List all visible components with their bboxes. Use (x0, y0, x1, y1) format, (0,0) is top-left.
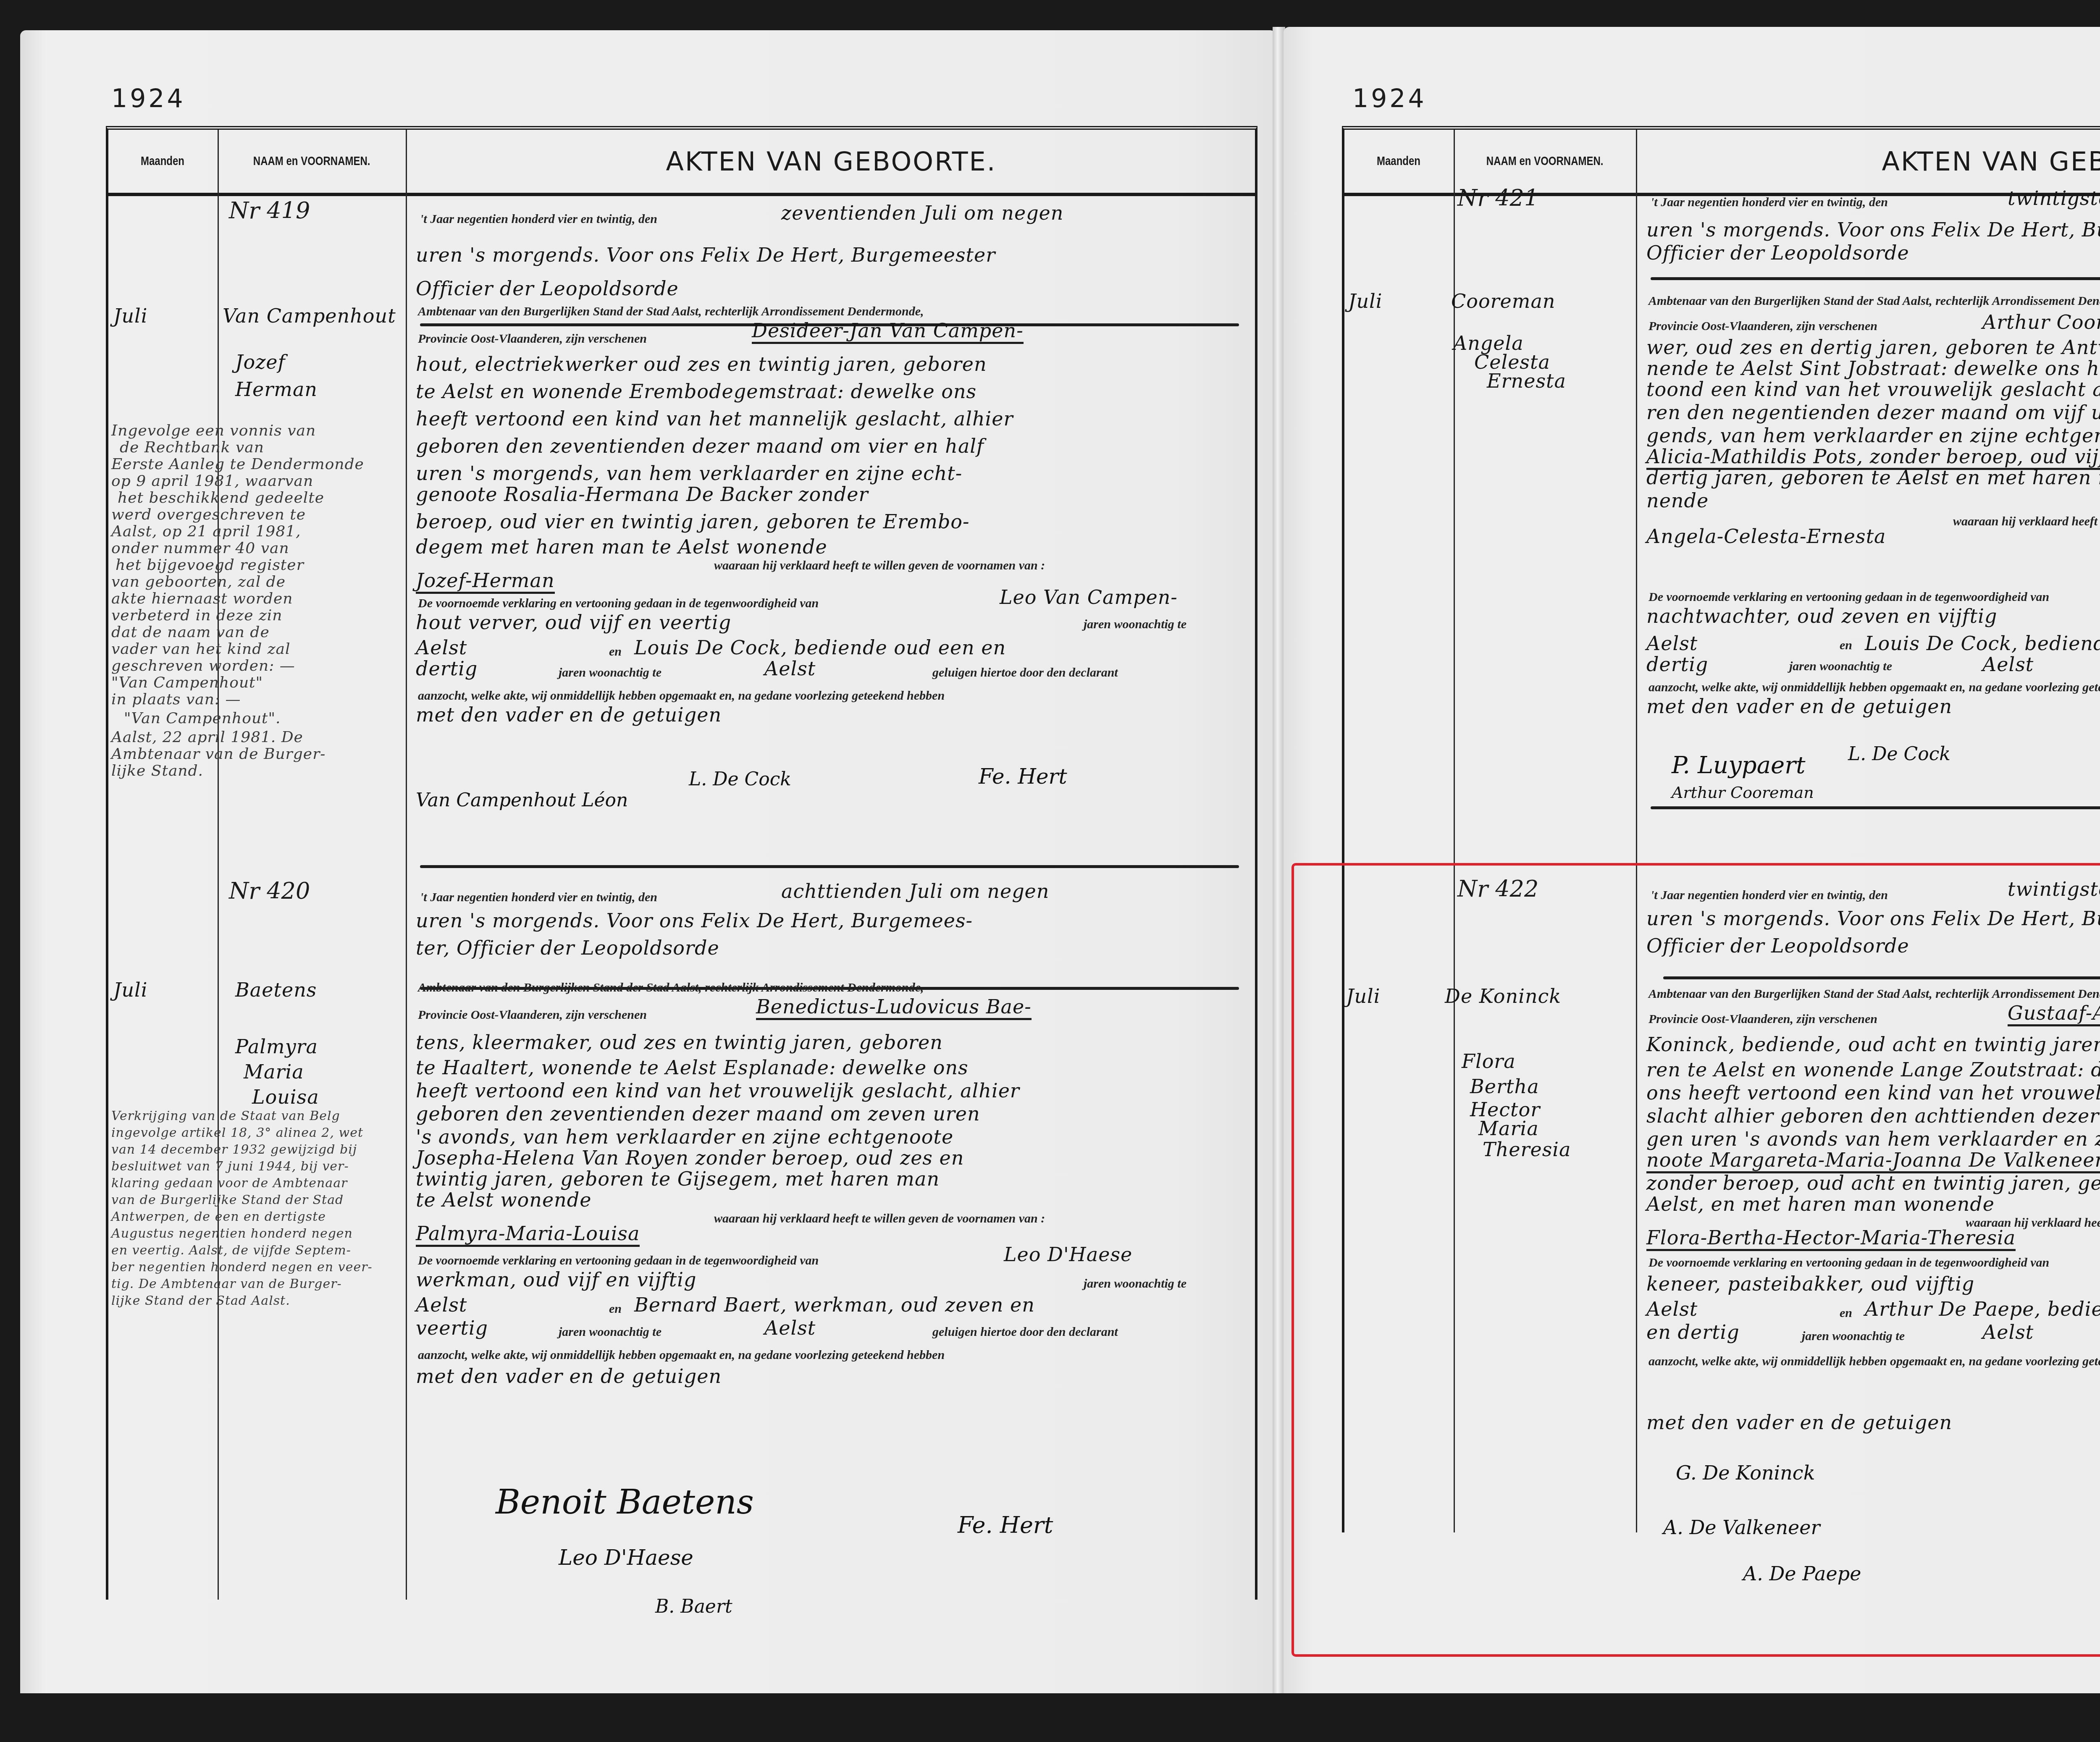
body-line: noote Margareta-Maria-Joanna De Valkenee… (1646, 1149, 2100, 1173)
signature: A. De Valkeneer (1663, 1516, 1820, 1539)
header-names: NAAM en VOORNAMEN. (1454, 130, 1635, 193)
given-name: Jozef (235, 351, 286, 373)
month: Juli (1346, 985, 1381, 1007)
body-line: heeft vertoond een kind van het mannelij… (416, 407, 1013, 430)
body-line: slacht alhier geboren den achttienden de… (1646, 1104, 2100, 1127)
month: Juli (113, 304, 148, 327)
declarant-name: Desideer-Jan Van Campen- (752, 319, 1024, 344)
printed-provincie: Provincie Oost-Vlaanderen, zijn verschen… (418, 332, 647, 346)
column-divider (1636, 130, 1637, 1532)
record-number: Nr 420 (229, 878, 310, 904)
signature: Arthur Cooreman (1672, 783, 1814, 802)
printed-aanzocht: aanzocht, welke akte, wij onmiddellijk h… (418, 689, 945, 703)
signature: L. De Cock (689, 769, 791, 790)
printed-provincie: Provincie Oost-Vlaanderen, zijn verschen… (418, 1008, 647, 1022)
witness-2-age: veertig (416, 1317, 488, 1339)
month: Juli (113, 979, 148, 1001)
body-line: hout, electriekwerker oud zes en twintig… (416, 353, 987, 375)
body-line: degem met haren man te Aelst wonende (416, 535, 827, 558)
child-given-names: Jozef-Herman (416, 569, 555, 594)
surname: Cooreman (1451, 290, 1555, 312)
body-line: te Aelst wonende (416, 1188, 591, 1211)
body-line: uren 's morgends, van hem verklaarder en… (416, 462, 962, 485)
line-3: Officier der Leopoldsorde (1646, 241, 1909, 264)
printed-provincie: Provincie Oost-Vlaanderen, zijn verschen… (1648, 319, 1877, 333)
printed-voornoemde: De voornoemde verklaring en vertooning g… (418, 1254, 819, 1268)
body-line: te Aelst en wonende Erembodegemstraat: d… (416, 380, 976, 403)
record-number: Nr 421 (1457, 185, 1538, 211)
printed-en: en (1840, 1306, 1852, 1320)
body-line: ren te Aelst en wonende Lange Zoutstraat… (1646, 1058, 2100, 1081)
given-name: Flora (1462, 1050, 1516, 1073)
body-line: twintig jaren, geboren te Gijsegem, met … (416, 1167, 940, 1190)
record-number: Nr 419 (229, 197, 310, 224)
record-number: Nr 422 (1457, 876, 1538, 902)
printed-jaren-woonachtig: jaren woonachtig te (1802, 1329, 1905, 1343)
header-months: Maanden (1344, 130, 1453, 193)
section-divider (1651, 277, 2100, 280)
signature: Leo D'Haese (559, 1545, 693, 1570)
surname: Baetens (235, 979, 317, 1001)
closing-line: met den vader en de getuigen (416, 1365, 722, 1388)
printed-en: en (1840, 638, 1852, 653)
printed-waaraan: waaraan hij verklaard heeft te willen ge… (714, 559, 1045, 573)
signature: G. De Koninck (1676, 1461, 1815, 1484)
witness-1-detail: nachtwachter, oud zeven en vijftig (1646, 605, 1997, 627)
witness-1-place: Aelst (1646, 1298, 1698, 1320)
printed-ambtenaar: Ambtenaar van den Burgerlijken Stand der… (1648, 294, 2100, 308)
year-heading-left: 1924 (111, 84, 186, 113)
given-name: Palmyra (235, 1035, 318, 1058)
header-names: NAAM en VOORNAMEN. (218, 130, 405, 193)
given-name: Bertha (1470, 1075, 1539, 1098)
header-title: AKTEN VAN GEBOORTE. (407, 130, 1255, 193)
printed-intro: 't Jaar negentien honderd vier en twinti… (420, 890, 657, 905)
body-line: genoote Rosalia-Hermana De Backer zonder (416, 483, 868, 506)
signature: Fe. Hert (979, 764, 1067, 789)
printed-jaren-woonachtig: jaren woonachtig te (1789, 659, 1892, 674)
body-line: nende te Aelst Sint Jobstraat: dewelke o… (1646, 357, 2100, 380)
witness-2-name: Louis De Cock, bediende, oud een en (1865, 632, 2100, 655)
line-3: Officier der Leopoldsorde (416, 277, 679, 300)
witness-2-place: Aelst (1982, 1321, 2034, 1343)
witness-2-age: dertig (416, 657, 478, 680)
date-line: achttienden Juli om negen (781, 880, 1049, 902)
witness-1-name: Leo D'Haese (1004, 1243, 1132, 1266)
body-line: gends, van hem verklaarder en zijne echt… (1646, 424, 2100, 447)
printed-ambtenaar: Ambtenaar van den Burgerlijken Stand der… (418, 304, 924, 319)
witness-1-detail: hout verver, oud vijf en veertig (416, 611, 731, 634)
given-name: Maria (1478, 1117, 1539, 1140)
declarant-name: Gustaaf-Antoon-Jozef De (2008, 1002, 2100, 1026)
printed-getuigen: geluigen hiertoe door den declarant (932, 666, 1118, 680)
body-line: nende (1646, 489, 1709, 512)
printed-ambtenaar: Ambtenaar van den Burgerlijken Stand der… (418, 981, 924, 995)
section-divider (1663, 976, 2100, 979)
printed-intro: 't Jaar negentien honderd vier en twinti… (1651, 195, 1888, 210)
witness-1-detail: werkman, oud vijf en vijftig (416, 1268, 696, 1291)
witness-2-place: Aelst (1982, 653, 2034, 676)
record-divider (420, 865, 1239, 868)
column-divider (218, 130, 219, 1600)
printed-voornoemde: De voornoemde verklaring en vertooning g… (1648, 590, 2049, 604)
body-line: te Haaltert, wonende te Aelst Esplanade:… (416, 1056, 969, 1079)
given-name: Maria (244, 1060, 304, 1083)
column-divider (406, 130, 407, 1600)
line-2: uren 's morgends. Voor ons Felix De Hert… (1646, 218, 2100, 241)
given-name: Theresia (1483, 1138, 1571, 1161)
surname: De Koninck (1445, 985, 1561, 1007)
printed-voornoemde: De voornoemde verklaring en vertooning g… (1648, 1256, 2049, 1270)
body-line: toond een kind van het vrouwelijk geslac… (1646, 378, 2100, 401)
printed-en: en (609, 1302, 622, 1316)
witness-1-place: Aelst (416, 1293, 467, 1316)
signature: Van Campenhout Léon (416, 790, 628, 811)
witness-2-name: Louis De Cock, bediende oud een en (634, 636, 1006, 659)
closing-line: met den vader en de getuigen (416, 703, 722, 726)
signature: Fe. Hert (958, 1512, 1053, 1538)
body-line: ren den negentienden dezer maand om vijf… (1646, 401, 2100, 424)
witness-1-place: Aelst (1646, 632, 1698, 655)
printed-ambtenaar: Ambtenaar van den Burgerlijken Stand der… (1648, 987, 2100, 1001)
child-given-names: Palmyra-Maria-Louisa (416, 1222, 640, 1247)
witness-1-place: Aelst (416, 636, 467, 659)
header-months: Maanden (108, 130, 217, 193)
body-line: beroep, oud vier en twintig jaren, gebor… (416, 510, 970, 533)
printed-getuigen: geluigen hiertoe door den declarant (932, 1325, 1118, 1339)
witness-2-age: dertig (1646, 653, 1708, 676)
date-line: zeventienden Juli om negen (781, 202, 1063, 224)
printed-provincie: Provincie Oost-Vlaanderen, zijn verschen… (1648, 1012, 1877, 1026)
printed-jaren-woonachtig: jaren woonachtig te (559, 1325, 661, 1339)
line-2: uren 's morgends. Voor ons Felix De Hert… (1646, 907, 2100, 930)
body-line: dertig jaren, geboren te Aelst en met ha… (1646, 466, 2100, 489)
printed-aanzocht: aanzocht, welke akte, wij onmiddellijk h… (418, 1348, 945, 1362)
line-2: uren 's morgends. Voor ons Felix De Hert… (416, 244, 995, 266)
record-divider (1651, 806, 2100, 809)
printed-jaren-woonachtig: jaren woonachtig te (559, 666, 661, 680)
printed-jaren-woonachtig: jaren woonachtig te (1084, 1277, 1186, 1291)
body-line: tens, kleermaker, oud zes en twintig jar… (416, 1031, 943, 1054)
body-line: wer, oud zes en dertig jaren, geboren te… (1646, 336, 2100, 359)
body-line: gen uren 's avonds van hem verklaarder e… (1646, 1128, 2100, 1150)
year-heading-right: 1924 (1352, 84, 1427, 113)
printed-en: en (609, 645, 622, 659)
printed-aanzocht: aanzocht, welke akte, wij onmiddellijk h… (1648, 680, 2100, 695)
closing-line: met den vader en de getuigen (1646, 1411, 1952, 1434)
witness-2-age: en dertig (1646, 1321, 1740, 1343)
given-name: Herman (235, 378, 318, 401)
printed-intro: 't Jaar negentien honderd vier en twinti… (420, 212, 657, 226)
given-name: Ernesta (1487, 370, 1566, 392)
declarant-name: Benedictus-Ludovicus Bae- (756, 995, 1032, 1020)
printed-jaren-woonachtig: jaren woonachtig te (1084, 617, 1186, 632)
witness-2-name: Bernard Baert, werkman, oud zeven en (634, 1293, 1035, 1316)
month: Juli (1348, 290, 1383, 312)
line-3: ter, Officier der Leopoldsorde (416, 937, 719, 959)
body-line: Aelst, en met haren man wonende (1646, 1193, 1995, 1215)
body-line: geboren den zeventienden dezer maand om … (416, 435, 984, 457)
body-line: geboren den zeventienden dezer maand om … (416, 1102, 980, 1125)
child-given-names: Angela-Celesta-Ernesta (1646, 525, 1886, 548)
body-line: 's avonds, van hem verklaarder en zijne … (416, 1125, 953, 1148)
body-line: heeft vertoond een kind van het vrouweli… (416, 1079, 1020, 1102)
printed-voornoemde: De voornoemde verklaring en vertooning g… (418, 596, 819, 611)
witness-2-place: Aelst (764, 657, 816, 680)
printed-intro: 't Jaar negentien honderd vier en twinti… (1651, 888, 1888, 902)
signature: L. De Cock (1848, 743, 1950, 765)
printed-waaraan: waaraan hij verklaard heeft te willen ge… (714, 1212, 1045, 1226)
printed-aanzocht: aanzocht, welke akte, wij onmiddellijk h… (1648, 1354, 2100, 1369)
body-line: ons heeft vertoond een kind van het vrou… (1646, 1081, 2100, 1104)
signature: A. De Paepe (1743, 1562, 1861, 1585)
witness-2-place: Aelst (764, 1317, 816, 1339)
date-line: twintigsten Juli om negen (2008, 187, 2100, 210)
header-title: AKTEN VAN GEBOORTE. (1637, 130, 2100, 193)
table-header: Maanden NAAM en VOORNAMEN. AKTEN VAN GEB… (108, 130, 1255, 196)
date-line: twintigsten Juli om negen (2008, 878, 2100, 900)
witness-2-name: Arthur De Paepe, bediende, oud negen (1865, 1298, 2100, 1320)
child-given-names: Flora-Bertha-Hector-Maria-Theresia (1646, 1226, 2016, 1251)
declarant-name: Arthur Cooreman, landbou- (1982, 311, 2100, 333)
line-3: Officier der Leopoldsorde (1646, 934, 1909, 957)
witness-1-name: Leo Van Campen- (1000, 586, 1178, 609)
given-name: Louisa (252, 1086, 319, 1108)
surname: Van Campenhout (223, 304, 396, 327)
closing-line: met den vader en de getuigen (1646, 695, 1952, 718)
line-2: uren 's morgends. Voor ons Felix De Hert… (416, 909, 973, 932)
signature: P. Luypaert (1672, 752, 1805, 779)
signature: Benoit Baetens (496, 1482, 754, 1522)
witness-1-detail: keneer, pasteibakker, oud vijftig (1646, 1272, 1974, 1295)
body-line: zonder beroep, oud acht en twintig jaren… (1646, 1172, 2100, 1194)
body-line: Koninck, bediende, oud acht en twintig j… (1646, 1033, 2100, 1056)
printed-waaraan: waaraan hij verklaard heeft te willen ge… (1953, 514, 2100, 529)
body-line: Josepha-Helena Van Royen zonder beroep, … (416, 1146, 964, 1169)
signature: B. Baert (655, 1596, 732, 1617)
